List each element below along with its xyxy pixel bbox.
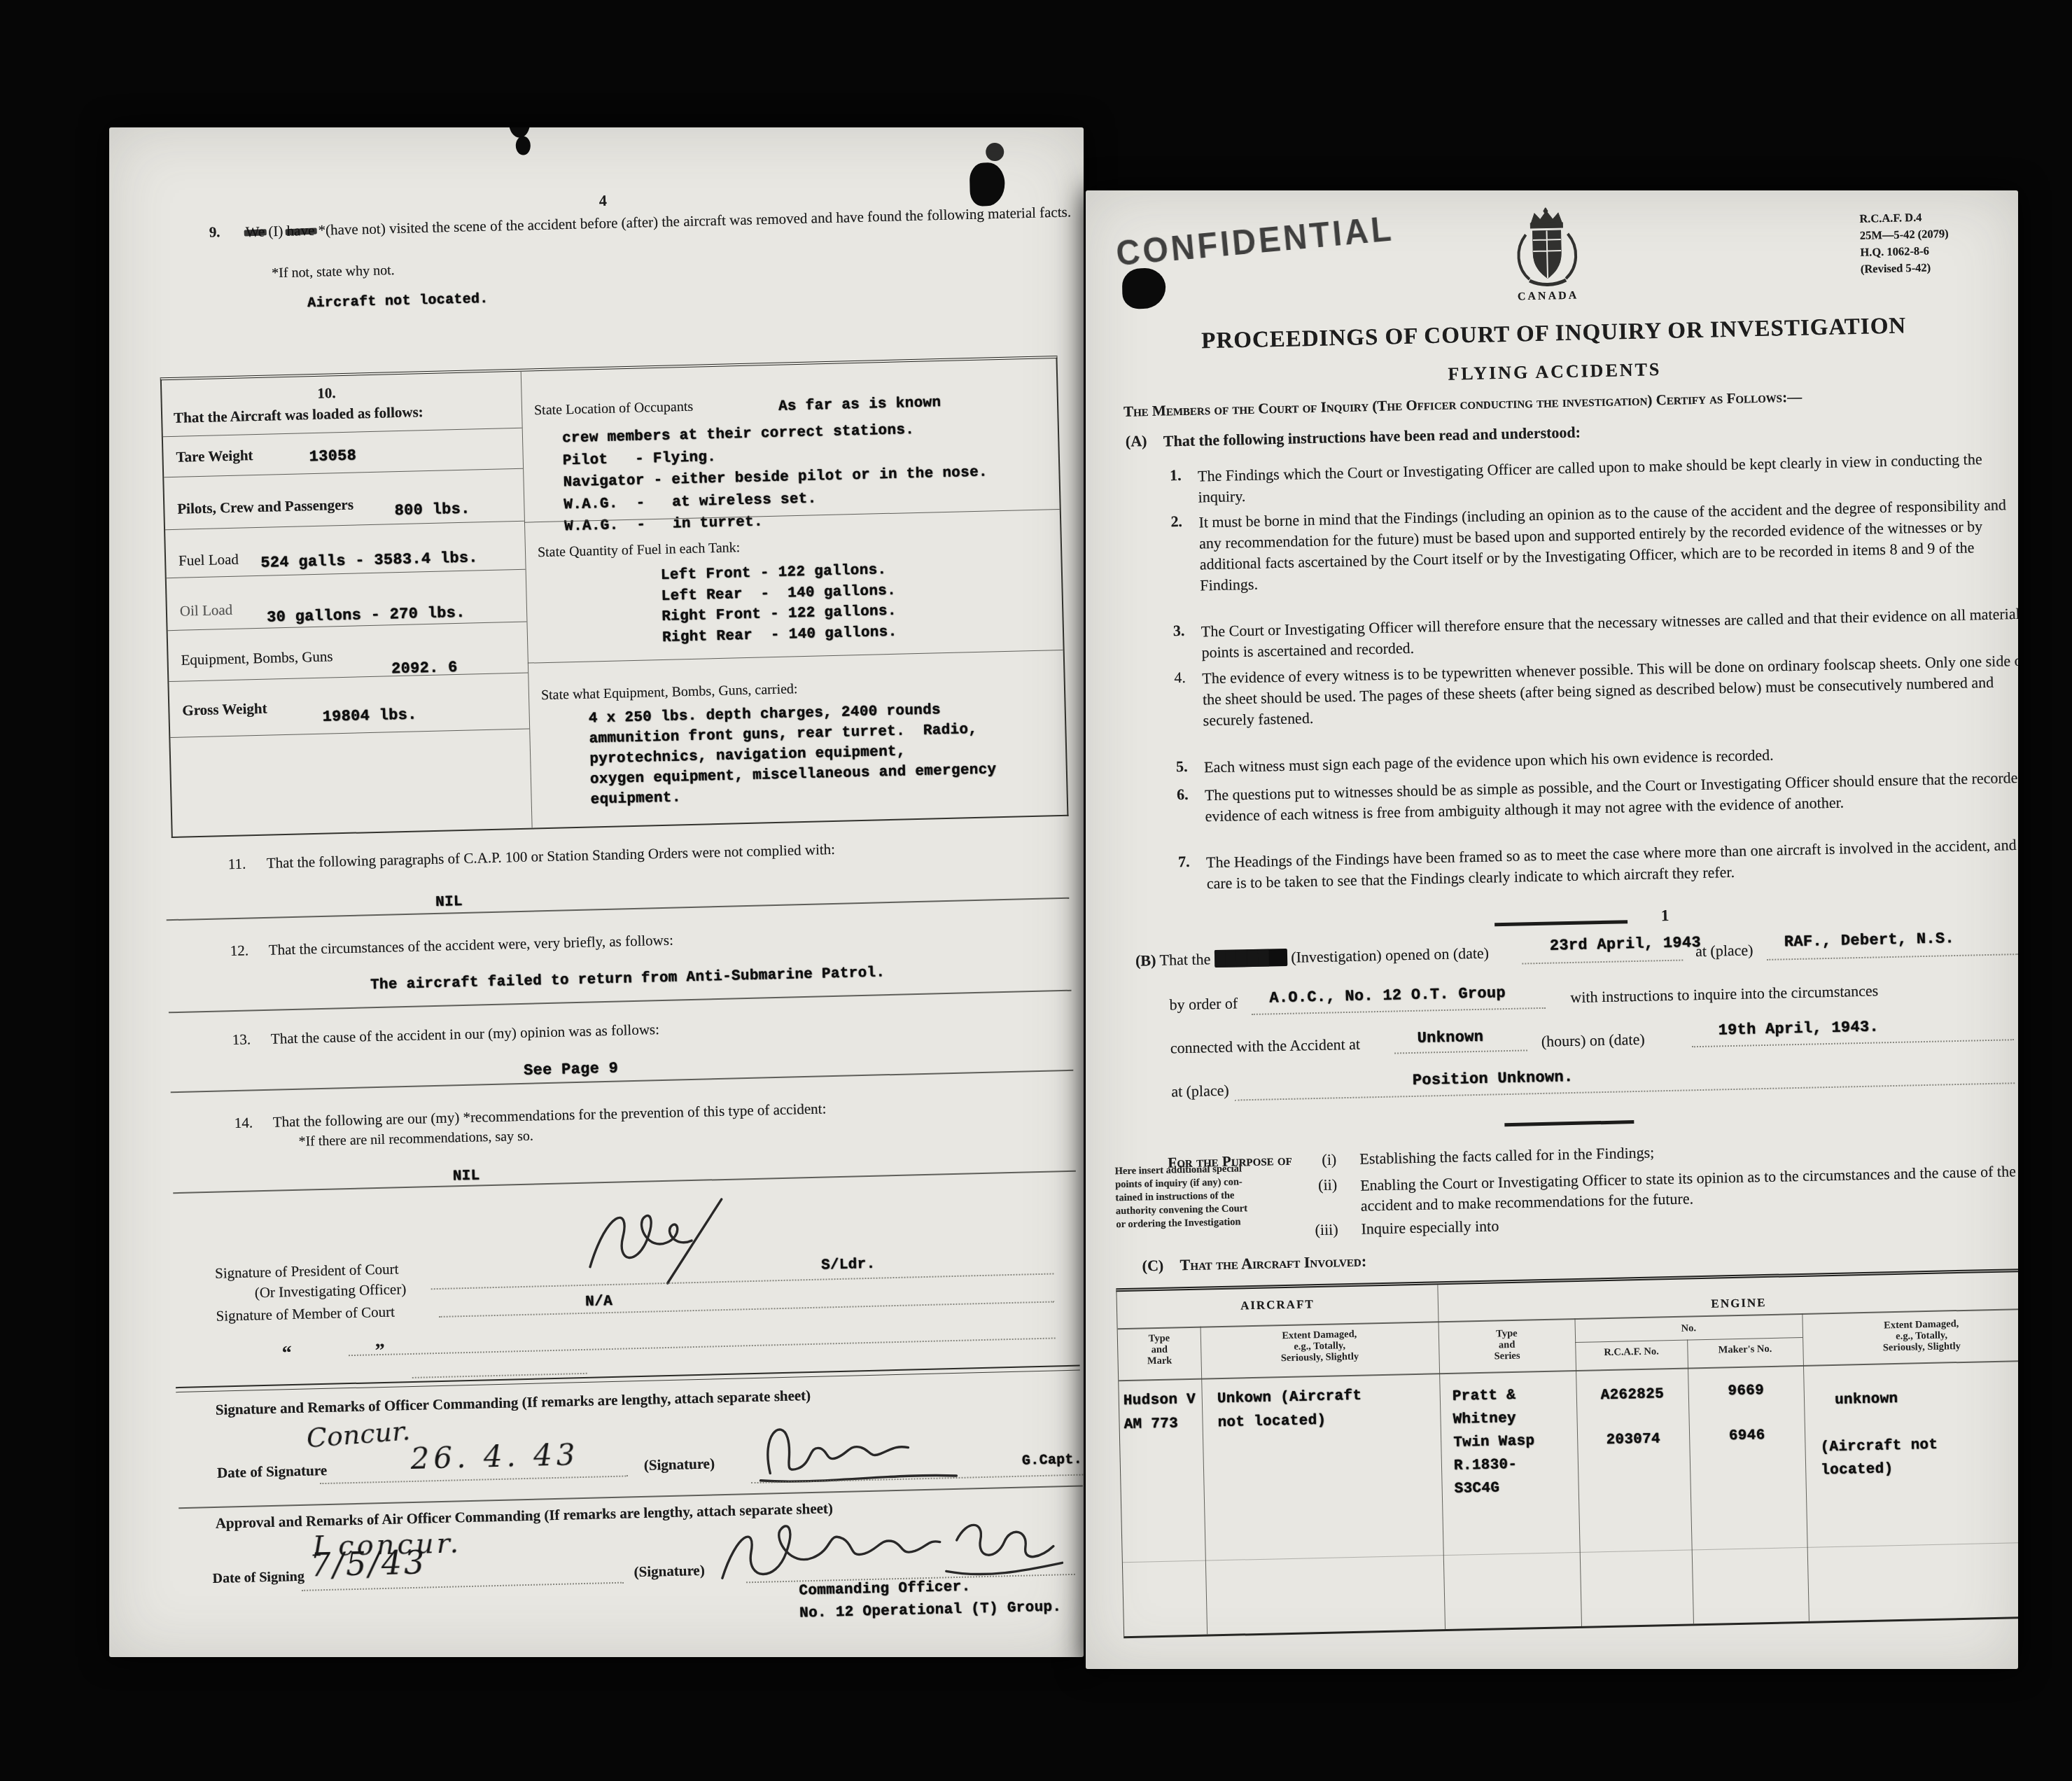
place2-label: at (place) xyxy=(1171,1082,1229,1101)
col-header-extent-aircraft: Extent Damaged, e.g., Totally, Seriously… xyxy=(1200,1327,1439,1365)
item14-note: *If there are nil recommendations, say s… xyxy=(298,1129,533,1150)
right-page: CONFIDENTIAL CANADA R.C.A.F. D.4 2 xyxy=(1086,190,2018,1669)
fuel-label: State Quantity of Fuel in each Tank: xyxy=(538,540,741,561)
opened-place-value: RAF., Debert, N.S. xyxy=(1784,930,1955,951)
section-b-lead2: (Investigation) opened on (date) xyxy=(1291,944,1489,966)
occupants-first-answer: As far as is known xyxy=(778,395,941,415)
signature-caption: (Signature) xyxy=(644,1455,715,1474)
instruction-text: It must be borne in mind that the Findin… xyxy=(1198,494,2018,596)
struck-word-have: have xyxy=(286,220,314,242)
purpose-item-num: (ii) xyxy=(1318,1175,1337,1194)
opened-date-value: 23rd April, 1943 xyxy=(1550,934,1702,955)
cell-type-mark: Hudson V AM 773 xyxy=(1123,1388,1197,1437)
page-number: 4 xyxy=(598,192,607,210)
load-row-value: 13058 xyxy=(309,447,356,466)
instruction-number: 3. xyxy=(1173,622,1185,640)
instruction-text: The Headings of the Findings have been f… xyxy=(1206,834,2018,895)
col-header-rcaf-no: R.C.A.F. No. xyxy=(1575,1346,1687,1359)
item11-number: 11. xyxy=(227,855,246,874)
table-group-engine: ENGINE xyxy=(1438,1290,2018,1318)
by-order-suffix: with instructions to inquire into the ci… xyxy=(1570,982,1878,1007)
ditto-mark: ” xyxy=(374,1340,385,1362)
instruction-number: 4. xyxy=(1174,669,1186,687)
page-marker: 1 xyxy=(1661,907,1669,925)
document-title: PROCEEDINGS OF COURT OF INQUIRY OR INVES… xyxy=(1109,311,1998,356)
struck-word-we: We xyxy=(245,221,265,243)
ink-stain xyxy=(969,162,1005,207)
item12-text: That the circumstances of the accident w… xyxy=(268,922,1052,958)
equipment-answer-lines: 4 x 250 lbs. depth charges, 2400 rounds … xyxy=(589,699,997,810)
purpose-item-num: (i) xyxy=(1322,1150,1336,1168)
instruction-number: 7. xyxy=(1178,853,1190,871)
item12-number: 12. xyxy=(230,942,249,960)
section-a-text: That the following instructions have bee… xyxy=(1163,424,1581,451)
document-subtitle: FLYING ACCIDENTS xyxy=(1110,351,1999,392)
instruction-number: 6. xyxy=(1177,785,1189,804)
hours-date-label: (hours) on (date) xyxy=(1541,1031,1645,1051)
item11-answer: NIL xyxy=(435,894,463,911)
connected-label: connected with the Accident at xyxy=(1170,1035,1361,1058)
oc-signature xyxy=(735,1408,974,1487)
cell-rcaf-no-2: 203074 xyxy=(1577,1430,1689,1448)
cell-type-series: Pratt & Whitney Twin Wasp R.1830- S3C4G xyxy=(1452,1383,1536,1500)
signature-caption: (Signature) xyxy=(633,1562,705,1581)
item14-text: That the following are our (my) *recomme… xyxy=(272,1094,1063,1131)
aircraft-engine-table: AIRCRAFT ENGINE Type and Mark Extent Dam… xyxy=(1116,1269,2018,1639)
item13-answer: See Page 9 xyxy=(524,1060,619,1080)
item14-number: 14. xyxy=(234,1114,253,1132)
instruction-number: 5. xyxy=(1176,757,1188,776)
occupants-label: State Location of Occupants xyxy=(534,399,694,419)
purpose-item-num: (iii) xyxy=(1315,1220,1338,1239)
president-label: Signature of President of Court xyxy=(215,1260,399,1282)
cell-extent-engine-2: (Aircraft not located) xyxy=(1820,1434,1938,1483)
item9-answer: Aircraft not located. xyxy=(307,291,489,312)
date-of-signature-value: 26. 4. 43 xyxy=(410,1437,580,1476)
load-row-label: Equipment, Bombs, Guns xyxy=(181,648,333,669)
instruction-text: The questions put to witnesses should be… xyxy=(1205,767,2018,827)
item11-text: That the following paragraphs of C.A.P. … xyxy=(266,835,1050,872)
ink-stain xyxy=(986,143,1004,162)
accident-date-value: 19th April, 1943. xyxy=(1718,1018,1879,1039)
member-label: Signature of Member of Court xyxy=(216,1304,395,1325)
item12-answer: The aircraft failed to return from Anti-… xyxy=(370,965,885,993)
load-row-value: 800 lbs. xyxy=(394,501,470,520)
load-row-label: Oil Load xyxy=(180,601,233,620)
at-place-label: at (place) xyxy=(1695,941,1753,961)
cell-extent-aircraft: Unkown (Aircraft not located) xyxy=(1217,1385,1362,1435)
fuel-answer-lines: Left Front - 122 gallons. Left Rear - 14… xyxy=(661,560,897,648)
left-page: 4 9. We (I) have *(have not) visited the… xyxy=(109,127,1084,1657)
cell-maker-no-2: 6946 xyxy=(1689,1427,1805,1446)
item9-text: We (I) have *(have not) visited the scen… xyxy=(245,201,1074,242)
oc-remark-handwritten: Concur. xyxy=(305,1415,411,1453)
by-order-label: by order of xyxy=(1169,994,1238,1014)
president-sub-label: (Or Investigating Officer) xyxy=(254,1280,406,1301)
col-header-type-series: Type and Series xyxy=(1438,1327,1576,1363)
confidential-stamp: CONFIDENTIAL xyxy=(1114,207,1396,274)
col-header-no: No. xyxy=(1575,1320,1802,1336)
section-b-label: (B) xyxy=(1135,951,1156,970)
date-of-signature-label: Date of Signature xyxy=(217,1462,328,1482)
scanned-document-canvas: 4 9. We (I) have *(have not) visited the… xyxy=(0,0,2072,1781)
ink-stain xyxy=(1122,267,1166,309)
col-header-type-mark: Type and Mark xyxy=(1118,1332,1201,1368)
section-c-text: That the Aircraft Involved: xyxy=(1179,1252,1366,1274)
cell-extent-engine-1: unknown xyxy=(1835,1391,1898,1409)
president-rank: S/Ldr. xyxy=(821,1257,876,1274)
equipment-label: State what Equipment, Bombs, Guns, carri… xyxy=(541,681,798,704)
item9-note: *If not, state why not. xyxy=(272,263,395,281)
load-row-label: Tare Weight xyxy=(176,447,253,466)
load-row-label: Gross Weight xyxy=(182,700,267,720)
load-row-value: 524 galls - 3583.4 lbs. xyxy=(260,549,478,572)
item13-number: 13. xyxy=(232,1031,251,1049)
by-order-value: A.O.C., No. 12 O.T. Group xyxy=(1269,984,1506,1007)
load-row-value: 19804 lbs. xyxy=(322,706,417,725)
item9-body: *(have not) visited the scene of the acc… xyxy=(318,203,1071,238)
section-c-label: (C) xyxy=(1142,1257,1163,1276)
separator-dash xyxy=(1494,920,1627,926)
certify-line: The Members of the Court of Inquiry (The… xyxy=(1123,384,1998,420)
section-b-lead: That the xyxy=(1159,950,1210,969)
ink-stain xyxy=(515,136,531,155)
col-header-maker-no: Maker's No. xyxy=(1687,1343,1802,1357)
load-number: 10. xyxy=(317,384,336,403)
date-of-signing-value: 7/5/43 xyxy=(310,1544,427,1584)
item13-text: That the cause of the accident in our (m… xyxy=(271,1011,1055,1047)
oc-rank: G.Capt. xyxy=(1022,1452,1083,1469)
date-of-signing-label: Date of Signing xyxy=(212,1569,304,1587)
president-signature xyxy=(576,1194,795,1290)
member-value: N/A xyxy=(585,1294,612,1311)
instruction-number: 1. xyxy=(1170,466,1182,484)
crest-caption: CANADA xyxy=(1502,289,1593,304)
table-group-aircraft: AIRCRAFT xyxy=(1117,1294,1438,1315)
instruction-text: The evidence of every witness is to be t… xyxy=(1202,650,2018,732)
cell-maker-no-1: 9669 xyxy=(1688,1382,1804,1401)
separator-dash xyxy=(1504,1120,1634,1126)
canada-crest-icon xyxy=(1511,207,1583,288)
margin-note: Here insert additional special points of… xyxy=(1115,1161,1291,1231)
load-title: That the Aircraft was loaded as follows: xyxy=(174,403,423,427)
form-codes: R.C.A.F. D.4 25M—5-42 (2079) H.Q. 1062-8… xyxy=(1859,209,1949,278)
col-header-extent-engine: Extent Damaged, e.g., Totally, Seriously… xyxy=(1802,1317,2018,1355)
load-row-label: Pilots, Crew and Passengers xyxy=(177,496,353,518)
section-a-label: (A) xyxy=(1126,432,1147,451)
accident-place-value: Position Unknown. xyxy=(1413,1068,1574,1089)
load-row-label: Fuel Load xyxy=(178,551,239,570)
item9-number: 9. xyxy=(209,223,220,241)
cell-rcaf-no-1: A262825 xyxy=(1576,1385,1688,1404)
ditto-mark: “ xyxy=(281,1342,292,1364)
instruction-number: 2. xyxy=(1170,512,1182,531)
accident-hours-value: Unknown xyxy=(1417,1028,1483,1047)
load-table: 10. That the Aircraft was loaded as foll… xyxy=(160,356,1069,838)
item14-answer: NIL xyxy=(452,1168,479,1185)
item9-pronoun: (I) xyxy=(268,223,283,240)
redacted-word: █████ xyxy=(1214,949,1287,968)
